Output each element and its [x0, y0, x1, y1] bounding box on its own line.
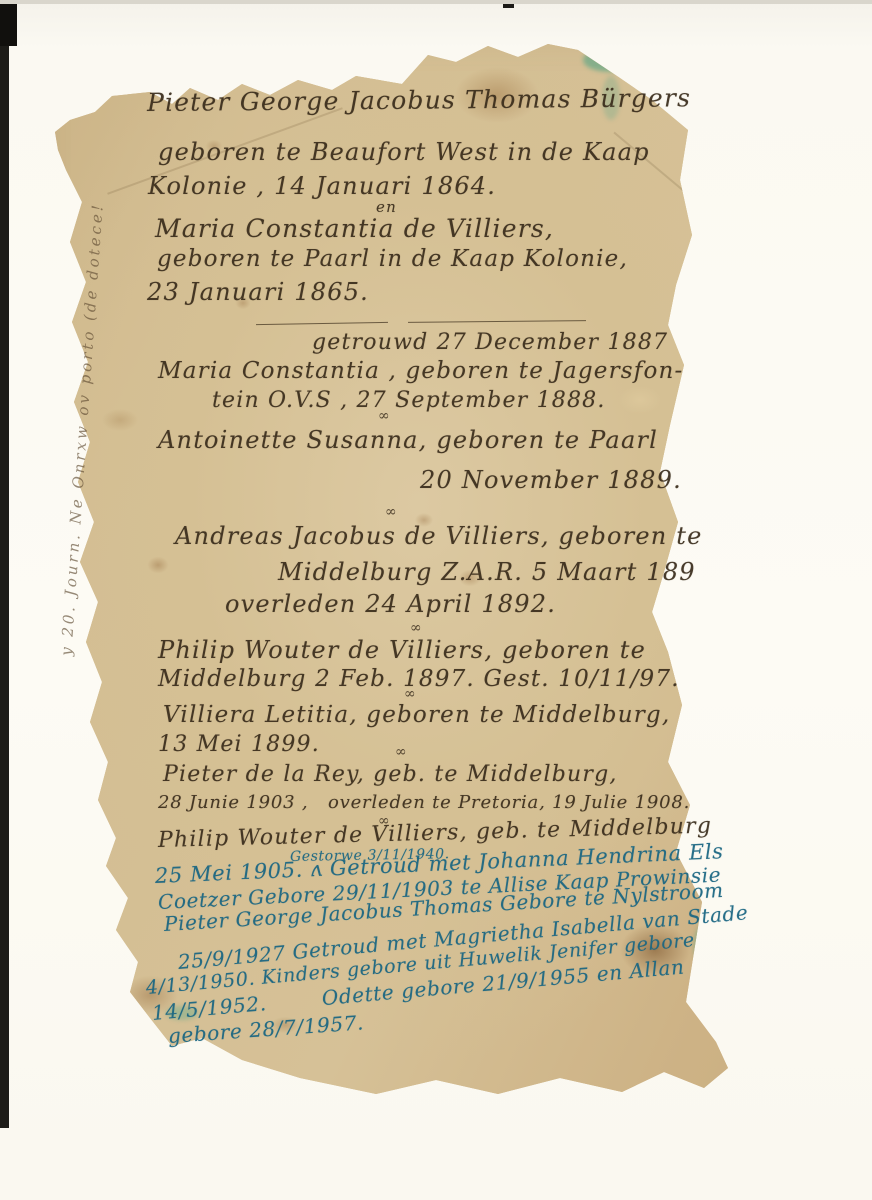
- handwritten-line: 13 Mei 1899.: [158, 732, 320, 757]
- green-ink-stain: [583, 48, 637, 72]
- handwritten-line: Middelburg Z.A.R. 5 Maart 189: [278, 558, 696, 586]
- child-number-mark: ∞: [385, 504, 397, 520]
- handwritten-line: overleden 24 April 1892.: [225, 590, 556, 618]
- handwritten-line: geboren te Paarl in de Kaap Kolonie,: [157, 246, 628, 272]
- handwritten-line: 28 Junie 1903 , overleden te Pretoria, 1…: [158, 792, 690, 813]
- child-number-mark: ∞: [404, 686, 416, 702]
- line-mother-name: Maria Constantia de Villiers,: [155, 214, 554, 243]
- handwritten-line: Middelburg 2 Feb. 1897. Gest. 10/11/97.: [158, 666, 680, 692]
- line-marriage: getrouwd 27 December 1887: [312, 330, 668, 355]
- handwritten-line: 23 Januari 1865.: [147, 278, 369, 306]
- handwritten-line: Kolonie , 14 Januari 1864.: [148, 172, 496, 200]
- line-child-2: Antoinette Susanna, geboren te Paarl: [158, 426, 658, 454]
- scanned-handwritten-family-register: { "document_kind": "handwritten family r…: [0, 0, 872, 1200]
- line-child-1: Maria Constantia , geboren te Jagersfon-: [158, 358, 684, 384]
- handwritten-line: 20 November 1889.: [420, 466, 682, 494]
- child-number-mark: ∞: [395, 744, 407, 760]
- child-number-mark: ∞: [378, 408, 390, 424]
- line-father-name: Pieter George Jacobus Thomas Bürgers: [147, 83, 691, 117]
- handwritten-line: tein O.V.S , 27 September 1888.: [212, 388, 606, 413]
- scanner-top-band: [0, 0, 872, 4]
- line-child-6: Pieter de la Rey, geb. te Middelburg,: [163, 762, 618, 787]
- line-child-4: Philip Wouter de Villiers, geboren te: [158, 636, 646, 664]
- line-child-3: Andreas Jacobus de Villiers, geboren te: [175, 522, 703, 550]
- scanner-edge-left: [0, 0, 9, 1128]
- green-ink-stain: [694, 922, 720, 970]
- line-child-5: Villiera Letitia, geboren te Middelburg,: [163, 702, 670, 728]
- scanner-corner-top-left: [0, 0, 17, 46]
- handwritten-line: geboren te Beaufort West in de Kaap: [158, 138, 650, 166]
- child-number-mark: ∞: [410, 620, 422, 636]
